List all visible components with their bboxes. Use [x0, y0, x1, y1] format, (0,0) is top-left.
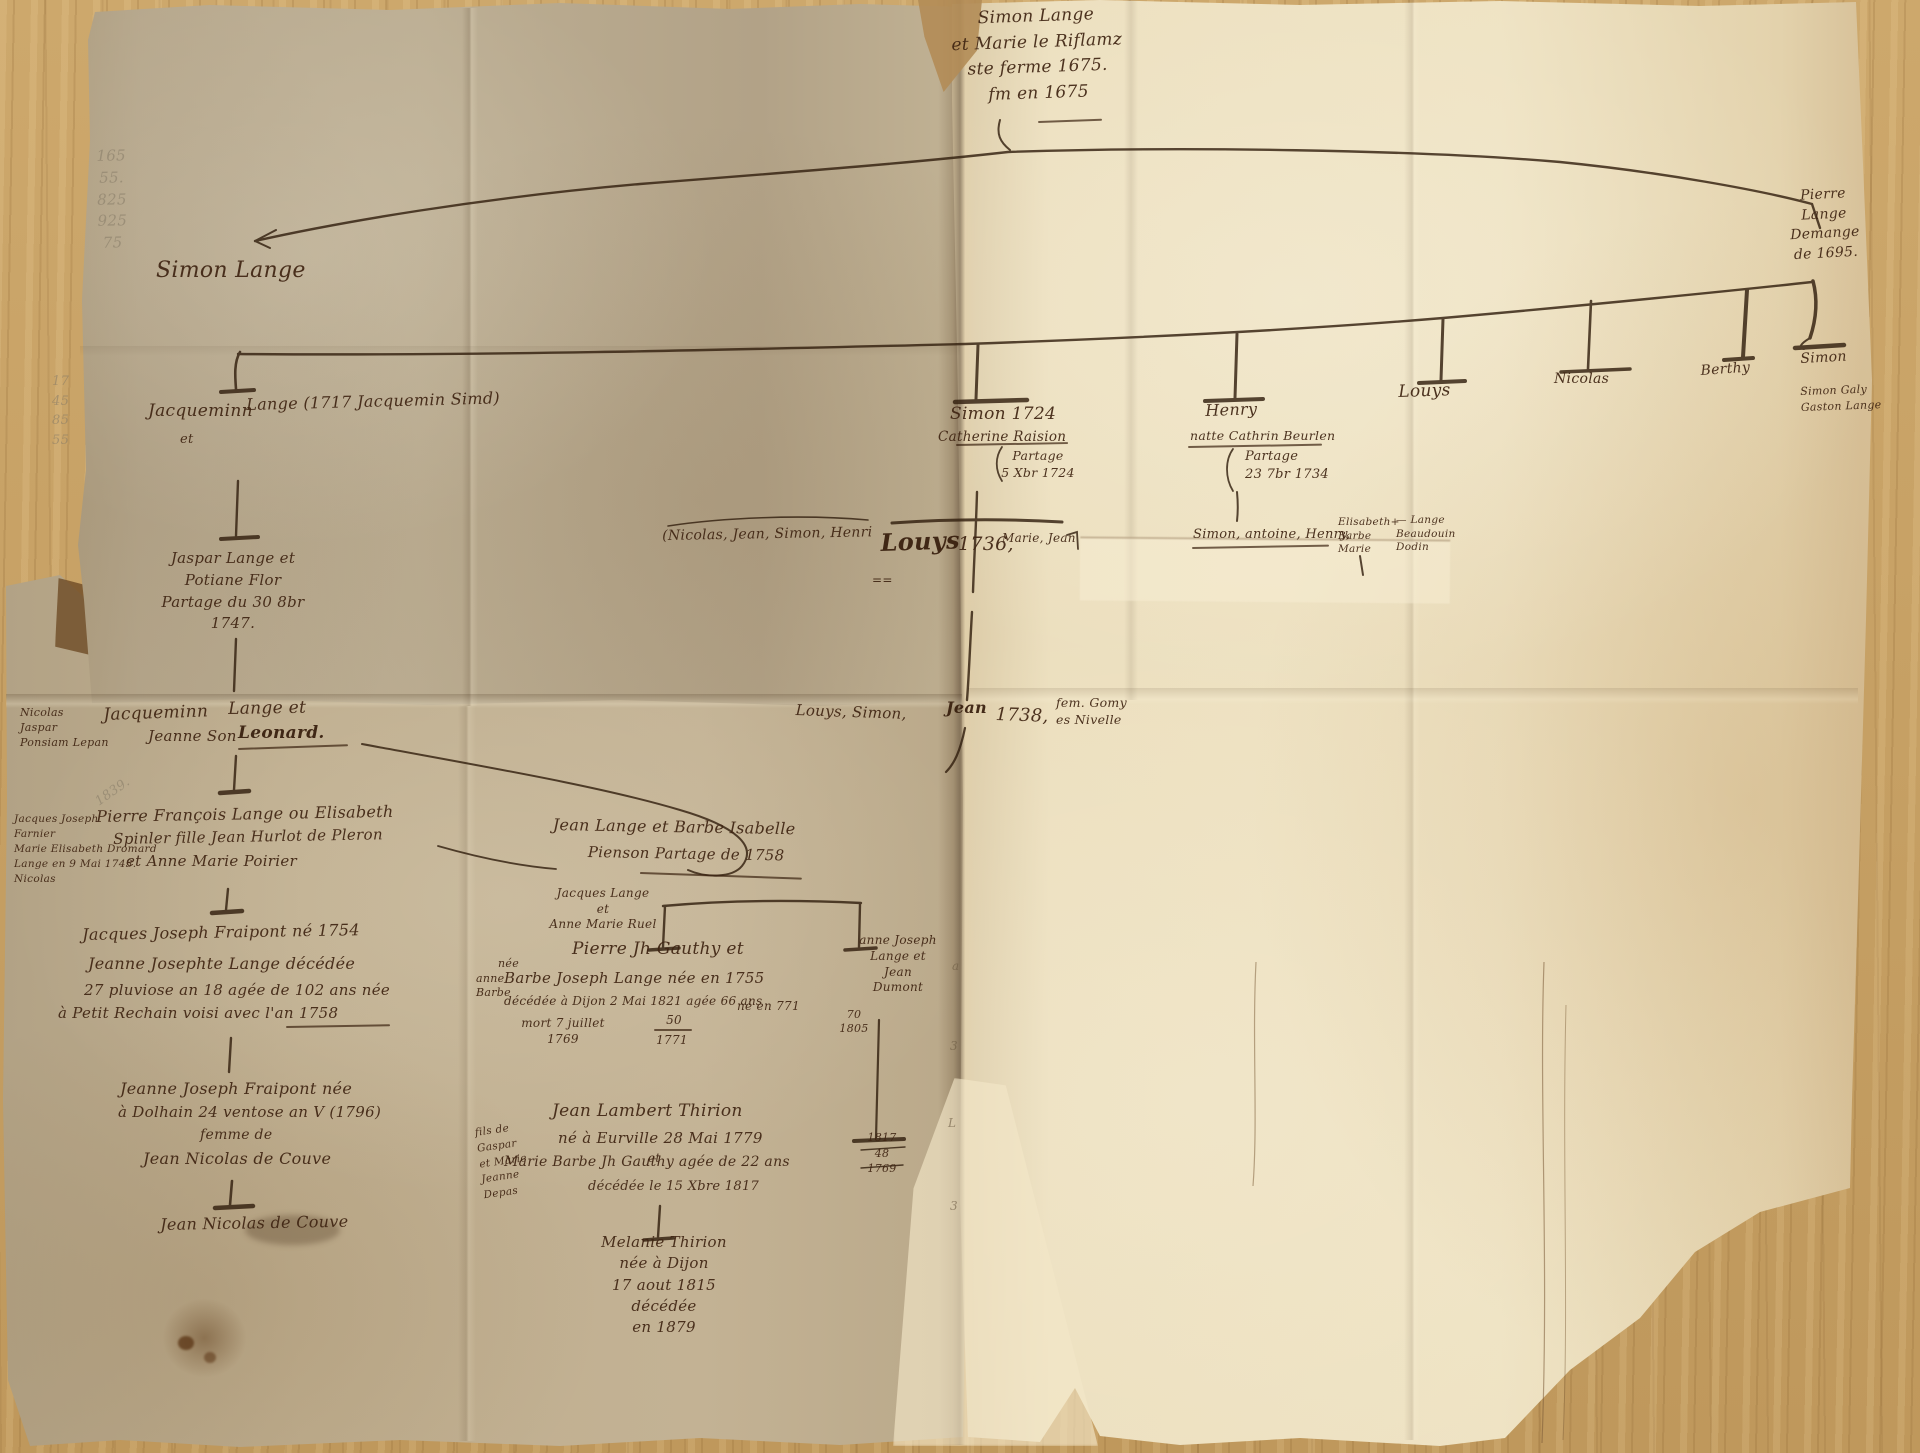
- node-berthy: Berthy: [1700, 359, 1751, 381]
- fraction-bar: [654, 1029, 692, 1031]
- pencil-numbers: 165 55. 825 925 75: [86, 145, 138, 255]
- node-jean-1738-year: 1738,: [995, 703, 1049, 729]
- node-gauthy-l2: Barbe Joseph Lange née en 1755: [504, 968, 765, 988]
- fold-mark: a: [952, 958, 959, 974]
- node-jacqueminn2-lange: Lange et: [228, 697, 306, 721]
- photographed-genealogy-manuscript: { "colors":{"wood":"#c7a061","paper_left…: [0, 0, 1920, 1453]
- node-gauthy-l3: décédée à Dijon 2 Mai 1821 agée 66 ans: [504, 993, 763, 1009]
- henry-children-stack: Elisabeth+ Barbe Marie: [1338, 516, 1400, 557]
- node-jaspar-lange: Jaspar Lange et Potiane Flor Partage du …: [138, 548, 328, 635]
- margin-nicolas-stack: Nicolas Jaspar Ponsiam Lepan: [20, 706, 109, 751]
- children-list-note: (Nicolas, Jean, Simon, Henri: [662, 523, 873, 546]
- node-thirion-l2: né à Eurville 28 Mai 1779: [558, 1128, 763, 1148]
- node-gauthy-l4a: mort 7 juillet 1769: [518, 1016, 608, 1047]
- years-fraction: 1817 48 1769: [858, 1130, 906, 1177]
- node-louys-1736-wives: Marie, Jean: [1002, 530, 1076, 546]
- louys-simon-row: Louys, Simon,: [795, 700, 907, 724]
- node-nicolas: Nicolas: [1554, 370, 1609, 389]
- node-gauthy-l3b: né en 771: [737, 998, 800, 1014]
- node-jean-barbe-l2: Pienson Partage de 1758: [588, 842, 785, 866]
- node-jean-barbe-l1: Jean Lange et Barbe Isabelle: [553, 814, 796, 840]
- gauthy-fraction-top: 50: [656, 1012, 692, 1028]
- node-thirion-l3: Marie Barbe Jh Gauthy agée de 22 ans: [504, 1153, 790, 1172]
- node-fraipont-l4: à Petit Rechain voisi avec l'an 1758: [58, 1003, 338, 1023]
- node-louys-1736: Louys: [880, 524, 960, 559]
- node-dumont: anne Joseph Lange et Jean Dumont: [848, 933, 948, 996]
- node-jean-nicolas-couve: Jean Nicolas de Couve: [143, 1148, 331, 1170]
- node-jacques-ruel: Jacques Lange et Anne Marie Ruel: [543, 886, 663, 933]
- center-fold-seam: [938, 0, 982, 1445]
- node-jeanne-fraipont-l2: à Dolhain 24 ventose an V (1796): [118, 1102, 381, 1122]
- node-jean-1738: Jean: [946, 697, 987, 719]
- node-henry-spouse: natte Cathrin Beurlen: [1190, 428, 1335, 445]
- node-jean-nicolas-couve-2: Jean Nicolas de Couve: [160, 1211, 349, 1236]
- node-jean-1738-note: fem. Gomy es Nivelle: [1056, 695, 1127, 729]
- node-simon-jr: Simon: [1800, 348, 1847, 369]
- node-jacqueminn: Jacqueminn: [148, 400, 253, 423]
- node-thirion-l4: décédée le 15 Xbre 1817: [588, 1178, 759, 1196]
- node-henry: Henry: [1205, 398, 1258, 421]
- fold-mark: 3: [950, 1038, 958, 1054]
- node-simon-lange: Simon Lange: [156, 256, 306, 286]
- gauthy-fraction-bottom: 1771: [650, 1032, 694, 1048]
- node-louys: Louys: [1398, 379, 1451, 404]
- node-pierre-francois-l3: et Anne Marie Poirier: [126, 851, 297, 871]
- henry-children-spouses: — Lange Beaudouin Dodin: [1396, 514, 1456, 555]
- node-simon-1724: Simon 1724: [950, 403, 1056, 426]
- node-fraipont-l2: Jeanne Josephte Lange décédée: [88, 953, 355, 975]
- node-fraipont-l3: 27 pluviose an 18 agée de 102 ans née: [84, 980, 390, 1000]
- node-jeanne-fraipont-l1: Jeanne Joseph Fraipont née: [120, 1078, 352, 1100]
- node-melanie: Melanie Thirion née à Dijon 17 aout 1815…: [584, 1232, 744, 1338]
- node-gauthy-l1: Pierre Jh Gauthy et: [572, 938, 744, 961]
- pencil-numbers: 17 45 85 55: [52, 372, 69, 450]
- node-jeanne-fraipont-l3: femme de: [200, 1126, 272, 1145]
- node-simon-1724-partage: Partage 5 Xbr 1724: [998, 448, 1078, 482]
- node-henry-partage: Partage 23 7br 1734: [1245, 448, 1329, 484]
- pierre-lange-note: Pierre Lange Demange de 1695.: [1775, 183, 1874, 266]
- fold-mark: L: [948, 1115, 956, 1131]
- fold-mark: 3: [950, 1198, 958, 1214]
- node-simon-jr-note: Simon Galy Gaston Lange: [1800, 381, 1882, 416]
- node-jacqueminn-et: et: [180, 431, 194, 449]
- node-leonard: Leonard.: [238, 722, 325, 745]
- henry-children-row: Simon, antoine, Henry,: [1193, 526, 1350, 544]
- node-gauthy-l4c: 70 1805: [834, 1008, 874, 1037]
- node-jeanne-son: Jeanne Son: [148, 726, 237, 746]
- node-thirion-l1: Jean Lambert Thirion: [552, 1100, 743, 1123]
- top-couple-note: Simon Lange et Marie le Riflamz ste ferm…: [928, 0, 1146, 109]
- equals-mark: ==: [872, 572, 893, 588]
- node-jacqueminn2: Jacqueminn: [103, 700, 209, 727]
